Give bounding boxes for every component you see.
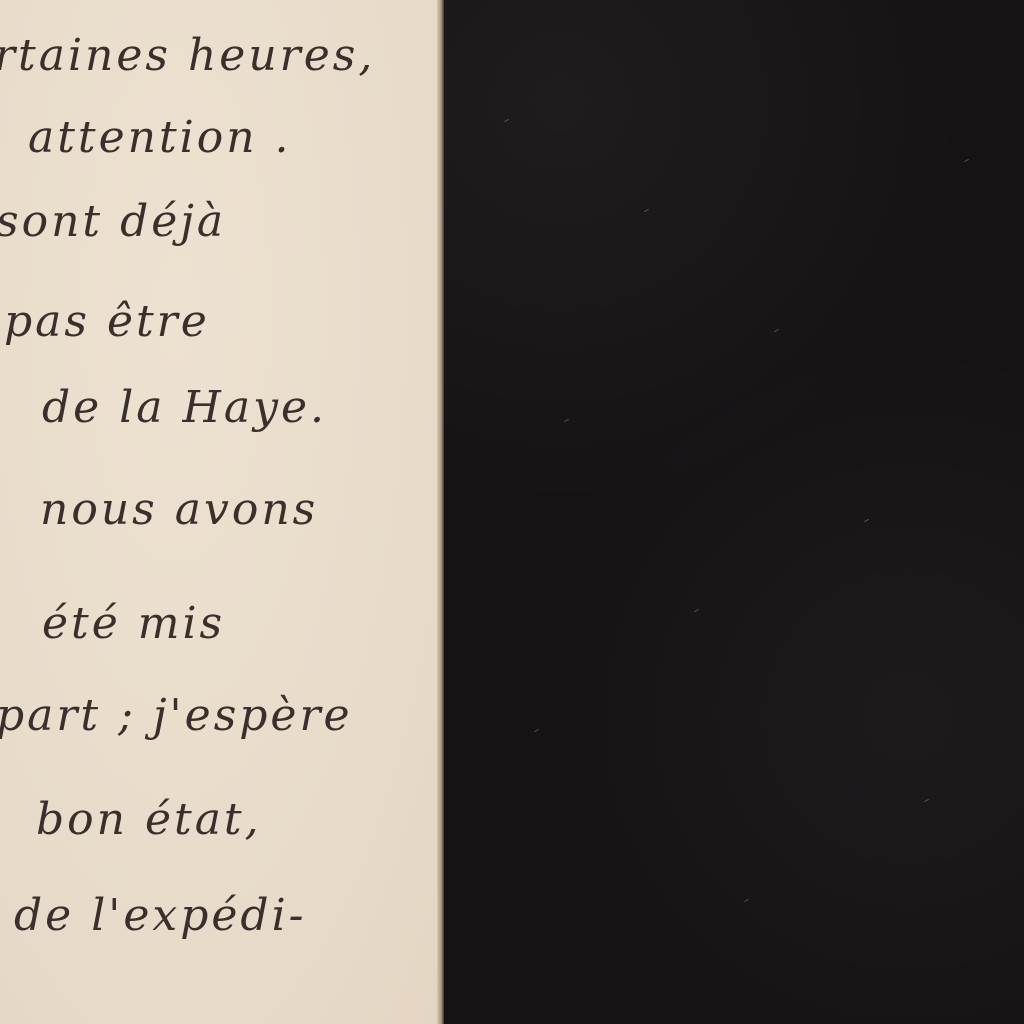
handwritten-line: pas être (4, 296, 210, 347)
handwritten-line: sont déjà (0, 196, 226, 247)
handwritten-line: nous avons (40, 484, 318, 535)
handwritten-line: bon état, (36, 794, 262, 845)
page-edge (437, 0, 444, 1024)
handwritten-line: de la Haye. (42, 382, 327, 433)
handwritten-line: rtaines heures, (0, 30, 375, 81)
handwritten-line: attention . (28, 112, 292, 163)
letter-page: rtaines heures, attention . sont déjà pa… (0, 0, 441, 1024)
handwritten-line: été mis (42, 598, 225, 649)
dark-background (444, 0, 1024, 1024)
handwritten-line: part ; j'espère (0, 690, 353, 741)
handwritten-line: de l'expédi- (14, 890, 307, 941)
